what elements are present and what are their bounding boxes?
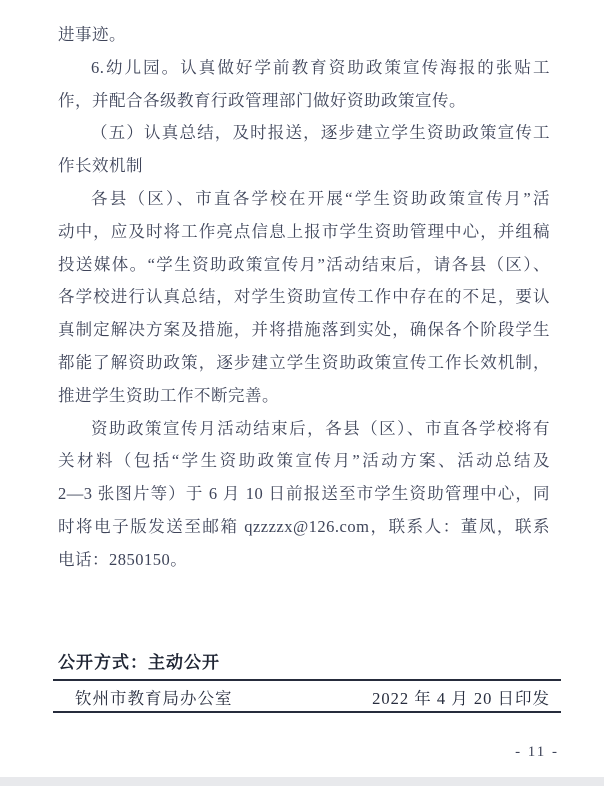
issuer-row: 钦州市教育局办公室 2022 年 4 月 20 日印发: [53, 688, 561, 710]
body-line: 进事迹。: [58, 19, 550, 52]
body-line: 真制定解决方案及措施，并将措施落到实处，确保各个阶段学生: [58, 314, 550, 347]
body-line: 资助政策宣传月活动结束后，各县（区）、市直各学校将有: [58, 413, 550, 446]
page-number: - 11 -: [515, 744, 559, 761]
body-line: 6.幼儿园。认真做好学前教育资助政策宣传海报的张贴工: [58, 52, 550, 85]
body-line: 动中，应及时将工作亮点信息上报市学生资助管理中心，并组稿: [58, 216, 550, 249]
body-line: 投送媒体。“学生资助政策宣传月”活动结束后，请各县（区）、: [58, 249, 550, 282]
body-line: 各县（区）、市直各学校在开展“学生资助政策宣传月”活: [58, 183, 550, 216]
body-line: 作，并配合各级教育行政管理部门做好资助政策宣传。: [58, 85, 550, 118]
body-line-section-heading: （五）认真总结，及时报送，逐步建立学生资助政策宣传工: [58, 117, 550, 150]
scan-edge-strip: [0, 777, 604, 786]
scanned-document-page: 进事迹。 6.幼儿园。认真做好学前教育资助政策宣传海报的张贴工 作，并配合各级教…: [0, 0, 604, 786]
publish-mode: 公开方式：主动公开: [58, 652, 220, 674]
document-body: 进事迹。 6.幼儿园。认真做好学前教育资助政策宣传海报的张贴工 作，并配合各级教…: [58, 19, 550, 577]
publish-mode-value: 主动公开: [148, 653, 220, 672]
footer-rule-bottom: [53, 711, 561, 713]
body-line: 关材料（包括“学生资助政策宣传月”活动方案、活动总结及: [58, 445, 550, 478]
body-line: 时将电子版发送至邮箱 qzzzzx@126.com，联系人：董凤，联系: [58, 511, 550, 544]
issuing-office: 钦州市教育局办公室: [75, 688, 233, 710]
print-date: 2022 年 4 月 20 日印发: [372, 688, 550, 710]
body-line: 推进学生资助工作不断完善。: [58, 380, 550, 413]
body-line: 都能了解资助政策，逐步建立学生资助政策宣传工作长效机制，: [58, 347, 550, 380]
body-line: 电话：2850150。: [58, 544, 550, 577]
footer-rule-top: [53, 679, 561, 681]
body-line: 2—3 张图片等）于 6 月 10 日前报送至市学生资助管理中心，同: [58, 478, 550, 511]
body-line-section-heading: 作长效机制: [58, 150, 550, 183]
body-line: 各学校进行认真总结，对学生资助宣传工作中存在的不足，要认: [58, 281, 550, 314]
publish-mode-label: 公开方式：: [58, 653, 148, 672]
